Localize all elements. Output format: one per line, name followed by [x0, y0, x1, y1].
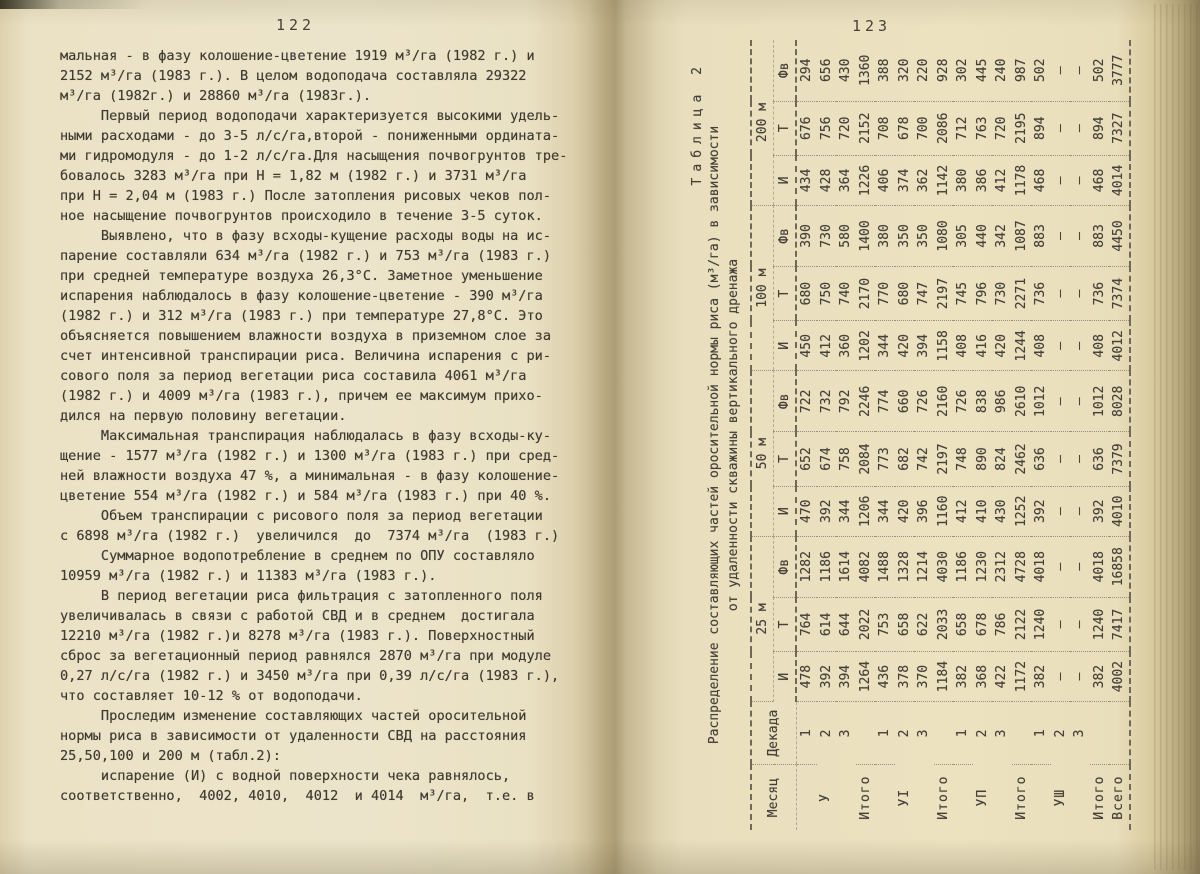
- value-cell: 1186: [817, 536, 837, 597]
- value-cell: 726: [914, 371, 934, 432]
- table-row: УШ13821240401839263610124087368834688945…: [1031, 40, 1051, 830]
- paragraph: В период вегетации риса фильтрация с зат…: [60, 586, 592, 706]
- table-row: 2––––––––––––: [1051, 40, 1071, 830]
- month-cell: У: [796, 765, 856, 830]
- value-cell: 386: [973, 155, 993, 205]
- value-cell: 1172: [1012, 652, 1032, 702]
- value-cell: 1230: [973, 536, 993, 597]
- value-cell: 4450: [1109, 205, 1130, 266]
- value-cell: 1282: [796, 536, 817, 597]
- value-cell: –: [1051, 371, 1071, 432]
- value-cell: 4014: [1109, 155, 1130, 205]
- table-body: У147876412824706527224506803904346762942…: [796, 40, 1130, 830]
- value-cell: 436: [875, 652, 895, 702]
- value-cell: 392: [1031, 486, 1051, 536]
- value-cell: 2195: [1012, 101, 1032, 155]
- value-cell: 708: [875, 101, 895, 155]
- value-cell: 396: [914, 486, 934, 536]
- table-label: Таблица 2: [690, 35, 705, 835]
- value-cell: 732: [817, 371, 837, 432]
- value-cell: 4018: [1090, 536, 1110, 597]
- value-cell: 890: [973, 432, 993, 486]
- value-cell: 753: [875, 597, 895, 651]
- value-cell: 430: [836, 40, 856, 101]
- paragraph: испарение (И) с водной поверхности чека …: [60, 766, 592, 806]
- value-cell: 502: [1031, 40, 1051, 101]
- value-cell: 320: [895, 40, 915, 101]
- month-cell: УІ: [875, 765, 934, 830]
- value-cell: 408: [953, 321, 973, 371]
- subcol-filtration: Фв: [774, 536, 797, 597]
- value-cell: 636: [1031, 432, 1051, 486]
- value-cell: 1184: [934, 652, 954, 702]
- decade-cell: [856, 702, 876, 765]
- value-cell: 344: [875, 486, 895, 536]
- value-cell: –: [1070, 597, 1090, 651]
- value-cell: –: [1070, 536, 1090, 597]
- value-cell: 440: [973, 205, 993, 266]
- value-cell: –: [1051, 597, 1071, 651]
- value-cell: 16858: [1109, 536, 1130, 597]
- page-number-right: 123: [852, 17, 891, 35]
- decade-cell: [934, 702, 954, 765]
- value-cell: 1488: [875, 536, 895, 597]
- value-cell: 412: [992, 155, 1012, 205]
- value-cell: 344: [836, 486, 856, 536]
- decade-cell: 1: [953, 702, 973, 765]
- total-label-cell: Всего: [1109, 765, 1130, 830]
- value-cell: –: [1070, 371, 1090, 432]
- value-cell: 3777: [1109, 40, 1130, 101]
- value-cell: –: [1070, 432, 1090, 486]
- decade-cell: 2: [817, 702, 837, 765]
- column-header-decade: Декада: [751, 702, 796, 765]
- value-cell: 470: [796, 486, 817, 536]
- value-cell: 410: [973, 486, 993, 536]
- month-cell: УП: [953, 765, 1012, 830]
- value-cell: 756: [817, 101, 837, 155]
- value-cell: –: [1051, 101, 1071, 155]
- paragraph: Максимальная транспирация наблюдалась в …: [60, 426, 592, 506]
- value-cell: 700: [914, 101, 934, 155]
- value-cell: 2122: [1012, 597, 1032, 651]
- table-title-line2: от удаленности скважины вертикального др…: [724, 35, 743, 835]
- value-cell: 883: [1090, 205, 1110, 266]
- column-group-100m: 100 м: [751, 205, 774, 370]
- value-cell: 722: [796, 371, 817, 432]
- value-cell: 712: [953, 101, 973, 155]
- decade-cell: 2: [973, 702, 993, 765]
- value-cell: 883: [1031, 205, 1051, 266]
- value-cell: –: [1051, 536, 1071, 597]
- table-row: 34227862312430824986420730342412720240: [992, 40, 1012, 830]
- value-cell: 986: [992, 371, 1012, 432]
- table-total-row: Всего40027417168584010737980284012737444…: [1109, 40, 1130, 830]
- value-cell: 1080: [934, 205, 954, 266]
- subcol-filtration: Фв: [774, 205, 797, 266]
- value-cell: 388: [875, 40, 895, 101]
- value-cell: 294: [796, 40, 817, 101]
- value-cell: –: [1070, 321, 1090, 371]
- value-cell: 1264: [856, 652, 876, 702]
- value-cell: 382: [1031, 652, 1051, 702]
- value-cell: 350: [914, 205, 934, 266]
- value-cell: 1244: [1012, 321, 1032, 371]
- value-cell: 502: [1090, 40, 1110, 101]
- value-cell: 394: [914, 321, 934, 371]
- value-cell: 4030: [934, 536, 954, 597]
- value-cell: –: [1051, 432, 1071, 486]
- value-cell: 614: [817, 597, 837, 651]
- value-cell: 792: [836, 371, 856, 432]
- value-cell: 392: [817, 652, 837, 702]
- value-cell: 478: [796, 652, 817, 702]
- value-cell: 1240: [1090, 597, 1110, 651]
- value-cell: 422: [992, 652, 1012, 702]
- value-cell: 748: [953, 432, 973, 486]
- value-cell: 360: [836, 321, 856, 371]
- value-cell: 747: [914, 266, 934, 320]
- value-cell: 1360: [856, 40, 876, 101]
- value-cell: 7379: [1109, 432, 1130, 486]
- value-cell: 674: [817, 432, 837, 486]
- value-cell: 796: [973, 266, 993, 320]
- value-cell: 430: [992, 486, 1012, 536]
- subcol-evaporation: И: [774, 321, 797, 371]
- value-cell: 1186: [953, 536, 973, 597]
- value-cell: 636: [1090, 432, 1110, 486]
- value-cell: 412: [953, 486, 973, 536]
- value-cell: 350: [895, 205, 915, 266]
- decade-cell: 1: [875, 702, 895, 765]
- value-cell: 1240: [1031, 597, 1051, 651]
- value-cell: –: [1070, 40, 1090, 101]
- table-total-row: Итого11722122472812522462261012442271108…: [1012, 40, 1032, 830]
- value-cell: 838: [973, 371, 993, 432]
- value-cell: 1226: [856, 155, 876, 205]
- value-cell: 302: [953, 40, 973, 101]
- value-cell: 1178: [1012, 155, 1032, 205]
- value-cell: 770: [875, 266, 895, 320]
- paragraph: Выявлено, что в фазу всходы-кущение расх…: [60, 226, 592, 426]
- value-cell: 378: [895, 652, 915, 702]
- value-cell: 2022: [856, 597, 876, 651]
- value-cell: 434: [796, 155, 817, 205]
- value-cell: 2084: [856, 432, 876, 486]
- value-cell: 1087: [1012, 205, 1032, 266]
- value-cell: 1202: [856, 321, 876, 371]
- value-cell: 676: [796, 101, 817, 155]
- value-cell: –: [1051, 486, 1071, 536]
- decade-cell: 2: [1051, 702, 1071, 765]
- value-cell: 468: [1031, 155, 1051, 205]
- value-cell: 420: [895, 486, 915, 536]
- subcol-transpiration: Т: [774, 101, 797, 155]
- value-cell: 658: [953, 597, 973, 651]
- value-cell: –: [1070, 652, 1090, 702]
- table-row: УІ14367531488344773774344770380406708388: [875, 40, 895, 830]
- value-cell: 680: [895, 266, 915, 320]
- value-cell: 2197: [934, 266, 954, 320]
- value-cell: 652: [796, 432, 817, 486]
- value-cell: 742: [914, 432, 934, 486]
- value-cell: –: [1070, 205, 1090, 266]
- value-cell: 987: [1012, 40, 1032, 101]
- value-cell: 2246: [856, 371, 876, 432]
- column-group-25m: 25 м: [751, 536, 774, 701]
- value-cell: 678: [895, 101, 915, 155]
- value-cell: 680: [796, 266, 817, 320]
- table-row: УП13826581186412748726408745305380712302: [953, 40, 973, 830]
- value-cell: 392: [817, 486, 837, 536]
- value-cell: 736: [1031, 266, 1051, 320]
- value-cell: 678: [973, 597, 993, 651]
- value-cell: 1012: [1090, 371, 1110, 432]
- value-cell: 682: [895, 432, 915, 486]
- value-cell: 450: [796, 321, 817, 371]
- data-table: Месяц Декада 25 м 50 м 100 м 200 м И Т Ф…: [750, 40, 1131, 830]
- table-total-row: Итого11842033403011602197216011582197108…: [934, 40, 954, 830]
- subcol-filtration: Фв: [774, 40, 797, 101]
- value-cell: 368: [973, 652, 993, 702]
- paragraph: Объем транспирации с рисового поля за пе…: [60, 506, 592, 546]
- value-cell: 1400: [856, 205, 876, 266]
- value-cell: 380: [953, 155, 973, 205]
- value-cell: 1252: [1012, 486, 1032, 536]
- value-cell: –: [1051, 652, 1071, 702]
- value-cell: 894: [1031, 101, 1051, 155]
- rotated-table-block: Таблица 2 Распределение составляющих час…: [690, 35, 1180, 835]
- value-cell: 4002: [1109, 652, 1130, 702]
- table-row: 33946441614344758792360740580364720430: [836, 40, 856, 830]
- table-row: 33706221214396742726394747350362700220: [914, 40, 934, 830]
- value-cell: 758: [836, 432, 856, 486]
- value-cell: 730: [817, 205, 837, 266]
- decade-cell: 3: [992, 702, 1012, 765]
- value-cell: 786: [992, 597, 1012, 651]
- column-group-50m: 50 м: [751, 371, 774, 536]
- value-cell: 374: [895, 155, 915, 205]
- value-cell: 305: [953, 205, 973, 266]
- value-cell: 342: [992, 205, 1012, 266]
- value-cell: 720: [992, 101, 1012, 155]
- value-cell: 730: [992, 266, 1012, 320]
- value-cell: 394: [836, 652, 856, 702]
- value-cell: 622: [914, 597, 934, 651]
- decade-cell: 1: [796, 702, 817, 765]
- value-cell: 380: [875, 205, 895, 266]
- value-cell: 2170: [856, 266, 876, 320]
- value-cell: 468: [1090, 155, 1110, 205]
- decade-cell: 3: [836, 702, 856, 765]
- value-cell: 2462: [1012, 432, 1032, 486]
- value-cell: 2312: [992, 536, 1012, 597]
- book-spread: 122 мальная - в фазу колошение-цветение …: [0, 0, 1200, 874]
- value-cell: 736: [1090, 266, 1110, 320]
- value-cell: 412: [817, 321, 837, 371]
- value-cell: 4010: [1109, 486, 1130, 536]
- value-cell: 7374: [1109, 266, 1130, 320]
- value-cell: –: [1051, 205, 1071, 266]
- value-cell: 382: [953, 652, 973, 702]
- value-cell: 428: [817, 155, 837, 205]
- paragraph: Суммарное водопотребление в среднем по О…: [60, 546, 592, 586]
- paragraph: Проследим изменение составляющих частей …: [60, 706, 592, 766]
- value-cell: 750: [817, 266, 837, 320]
- value-cell: 764: [796, 597, 817, 651]
- value-cell: –: [1051, 266, 1071, 320]
- value-cell: 660: [895, 371, 915, 432]
- value-cell: 2610: [1012, 371, 1032, 432]
- subcol-filtration: Фв: [774, 371, 797, 432]
- value-cell: 4082: [856, 536, 876, 597]
- value-cell: 763: [973, 101, 993, 155]
- subcol-transpiration: Т: [774, 432, 797, 486]
- value-cell: –: [1051, 40, 1071, 101]
- value-cell: 1142: [934, 155, 954, 205]
- value-cell: 656: [817, 40, 837, 101]
- value-cell: 580: [836, 205, 856, 266]
- value-cell: 1160: [934, 486, 954, 536]
- value-cell: 240: [992, 40, 1012, 101]
- table-row: 23686781230410890838416796440386763445: [973, 40, 993, 830]
- value-cell: 8028: [1109, 371, 1130, 432]
- value-cell: 2160: [934, 371, 954, 432]
- table-row: У14787641282470652722450680390434676294: [796, 40, 817, 830]
- page-number-left: 122: [276, 16, 315, 34]
- value-cell: 928: [934, 40, 954, 101]
- value-cell: 1328: [895, 536, 915, 597]
- value-cell: 745: [953, 266, 973, 320]
- value-cell: 774: [875, 371, 895, 432]
- value-cell: 362: [914, 155, 934, 205]
- value-cell: 2086: [934, 101, 954, 155]
- total-label-cell: Итого: [1090, 765, 1110, 830]
- value-cell: 420: [895, 321, 915, 371]
- paragraph: мальная - в фазу колошение-цветение 1919…: [60, 46, 592, 106]
- column-group-200m: 200 м: [751, 40, 774, 205]
- value-cell: 370: [914, 652, 934, 702]
- decade-cell: [1090, 702, 1110, 765]
- month-cell: УШ: [1031, 765, 1090, 830]
- value-cell: 2152: [856, 101, 876, 155]
- decade-cell: [1012, 702, 1032, 765]
- total-label-cell: Итого: [1012, 765, 1032, 830]
- decade-cell: [1109, 702, 1130, 765]
- value-cell: 726: [953, 371, 973, 432]
- value-cell: 1206: [856, 486, 876, 536]
- subcol-evaporation: И: [774, 155, 797, 205]
- value-cell: 408: [1090, 321, 1110, 371]
- value-cell: 1158: [934, 321, 954, 371]
- column-header-month: Месяц: [751, 765, 796, 830]
- value-cell: 4018: [1031, 536, 1051, 597]
- value-cell: 2271: [1012, 266, 1032, 320]
- subcol-evaporation: И: [774, 652, 797, 702]
- value-cell: 740: [836, 266, 856, 320]
- value-cell: 1614: [836, 536, 856, 597]
- value-cell: 382: [1090, 652, 1110, 702]
- value-cell: 824: [992, 432, 1012, 486]
- value-cell: 894: [1090, 101, 1110, 155]
- total-label-cell: Итого: [856, 765, 876, 830]
- value-cell: 390: [796, 205, 817, 266]
- total-label-cell: Итого: [934, 765, 954, 830]
- value-cell: 1012: [1031, 371, 1051, 432]
- table-total-row: Итого12642022408212062084224612022170140…: [856, 40, 876, 830]
- subcol-evaporation: И: [774, 486, 797, 536]
- value-cell: –: [1070, 486, 1090, 536]
- value-cell: 445: [973, 40, 993, 101]
- value-cell: –: [1051, 155, 1071, 205]
- value-cell: 7417: [1109, 597, 1130, 651]
- value-cell: 364: [836, 155, 856, 205]
- value-cell: 1214: [914, 536, 934, 597]
- value-cell: 392: [1090, 486, 1110, 536]
- value-cell: 2033: [934, 597, 954, 651]
- value-cell: –: [1051, 321, 1071, 371]
- paragraph: Первый период водоподачи характеризуется…: [60, 106, 592, 226]
- value-cell: –: [1070, 155, 1090, 205]
- value-cell: 344: [875, 321, 895, 371]
- table-title-line1: Распределение составляющих частей оросит…: [705, 35, 724, 835]
- table-row: 3––––––––––––: [1070, 40, 1090, 830]
- value-cell: 4728: [1012, 536, 1032, 597]
- table-row: 23926141186392674732412750730428756656: [817, 40, 837, 830]
- table-group-header-row: Месяц Декада 25 м 50 м 100 м 200 м: [751, 40, 774, 830]
- value-cell: 408: [1031, 321, 1051, 371]
- subcol-transpiration: Т: [774, 597, 797, 651]
- value-cell: –: [1070, 266, 1090, 320]
- body-text: мальная - в фазу колошение-цветение 1919…: [60, 46, 592, 806]
- value-cell: 406: [875, 155, 895, 205]
- table-total-row: Итого38212404018392636101240873688346889…: [1090, 40, 1110, 830]
- value-cell: 2197: [934, 432, 954, 486]
- subcol-transpiration: Т: [774, 266, 797, 320]
- value-cell: 720: [836, 101, 856, 155]
- value-cell: 7327: [1109, 101, 1130, 155]
- value-cell: 420: [992, 321, 1012, 371]
- value-cell: 658: [895, 597, 915, 651]
- decade-cell: 3: [1070, 702, 1090, 765]
- value-cell: 773: [875, 432, 895, 486]
- value-cell: 644: [836, 597, 856, 651]
- value-cell: 416: [973, 321, 993, 371]
- value-cell: 4012: [1109, 321, 1130, 371]
- decade-cell: 3: [914, 702, 934, 765]
- decade-cell: 2: [895, 702, 915, 765]
- value-cell: 220: [914, 40, 934, 101]
- value-cell: –: [1070, 101, 1090, 155]
- table-row: 23786581328420682660420680350374678320: [895, 40, 915, 830]
- decade-cell: 1: [1031, 702, 1051, 765]
